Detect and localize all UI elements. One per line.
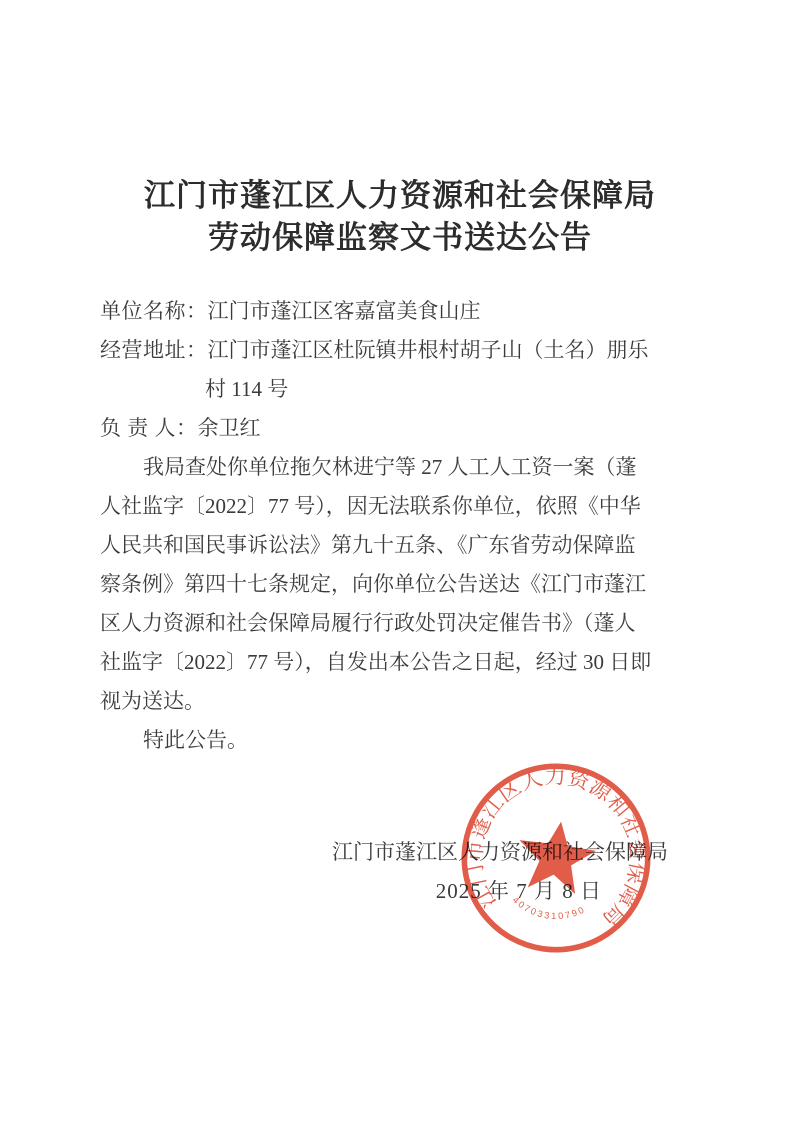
paragraph-line: 社监字〔2022〕77 号），自发出本公告之日起，经过 30 日即 (100, 643, 672, 682)
person-label: 负 责 人： (100, 416, 198, 440)
paragraph-line: 视为送达。 (100, 682, 672, 721)
paragraph-line: 我局查处你单位拖欠林进宁等 27 人工人工资一案（蓬 (100, 448, 672, 487)
signoff-block: 江门市蓬江区人力资源和社会保障局 2025 年 7 月 8 日 (100, 833, 668, 911)
paragraph-line: 察条例》第四十七条规定，向你单位公告送达《江门市蓬江 (100, 565, 672, 604)
document-title: 江门市蓬江区人力资源和社会保障局 劳动保障监察文书送达公告 (0, 175, 800, 259)
address-value-line2: 村 114 号 (205, 377, 288, 401)
paragraph-line: 人民共和国民事诉讼法》第九十五条、《广东省劳动保障监 (100, 526, 672, 565)
paragraph-line: 区人力资源和社会保障局履行行政处罚决定催告书》（蓬人 (100, 604, 672, 643)
document-title-line2: 劳动保障监察文书送达公告 (0, 217, 800, 259)
address-value-line1: 江门市蓬江区杜阮镇井根村胡子山（土名）朋乐 (208, 338, 649, 362)
unit-name-row: 单位名称：江门市蓬江区客嘉富美食山庄 (100, 292, 672, 331)
address-row: 经营地址：江门市蓬江区杜阮镇井根村胡子山（土名）朋乐 (100, 331, 672, 370)
unit-name-label: 单位名称： (100, 299, 208, 323)
closing-line: 特此公告。 (100, 721, 672, 760)
paragraph-line: 人社监字〔2022〕77 号），因无法联系你单位，依照《中华 (100, 487, 672, 526)
address-row-continued: 村 114 号 (100, 370, 672, 409)
document-body: 单位名称：江门市蓬江区客嘉富美食山庄 经营地址：江门市蓬江区杜阮镇井根村胡子山（… (100, 292, 672, 760)
notice-document-page: 江门市蓬江区人力资源和社会保障局 劳动保障监察文书送达公告 单位名称：江门市蓬江… (0, 0, 800, 1131)
issue-date: 2025 年 7 月 8 日 (100, 872, 668, 911)
unit-name-value: 江门市蓬江区客嘉富美食山庄 (208, 299, 481, 323)
person-row: 负 责 人：余卫红 (100, 409, 672, 448)
address-label: 经营地址： (100, 338, 208, 362)
document-title-line1: 江门市蓬江区人力资源和社会保障局 (0, 175, 800, 217)
person-value: 余卫红 (198, 416, 261, 440)
issuer-signature: 江门市蓬江区人力资源和社会保障局 (100, 833, 668, 872)
